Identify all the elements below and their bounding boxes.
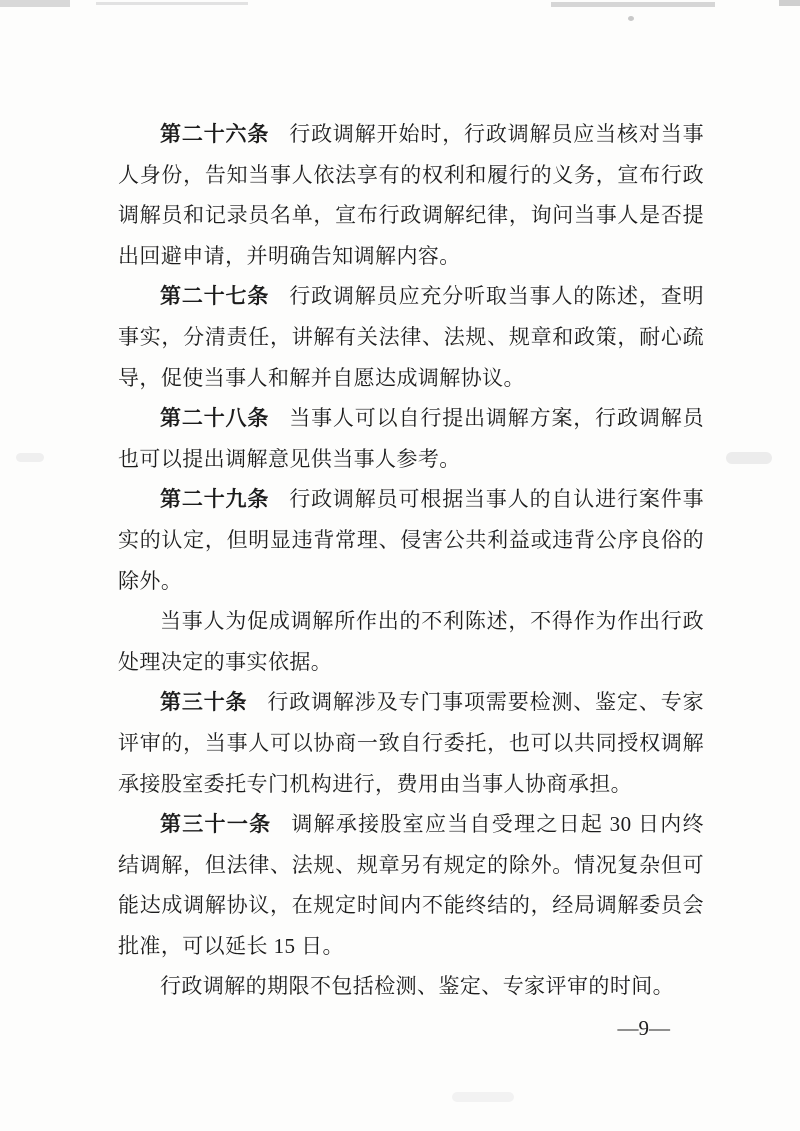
- article-number: 第三十一条: [160, 812, 271, 836]
- page-number: —9—: [618, 1016, 671, 1041]
- scan-artifact: [551, 2, 715, 7]
- article-number: 第三十条: [160, 690, 247, 714]
- paragraph: 第三十一条调解承接股室应当自受理之日起 30 日内终结调解，但法律、法规、规章另…: [118, 804, 704, 966]
- paragraph: 当事人为促成调解所作出的不利陈述，不得作为作出行政处理决定的事实依据。: [118, 601, 704, 682]
- article-number: 第二十八条: [160, 406, 269, 430]
- scan-artifact: [779, 0, 800, 6]
- scan-artifact: [628, 16, 634, 21]
- article-number: 第二十六条: [160, 122, 269, 146]
- scan-artifact: [16, 453, 44, 462]
- paragraph-text: 行政调解的期限不包括检测、鉴定、专家评审的时间。: [160, 974, 674, 998]
- scan-artifact: [0, 0, 70, 7]
- scan-artifact: [452, 1092, 514, 1102]
- scan-artifact: [96, 2, 248, 5]
- paragraph: 第二十八条当事人可以自行提出调解方案，行政调解员也可以提出调解意见供当事人参考。: [118, 398, 704, 479]
- scan-artifact: [726, 452, 772, 464]
- scanned-document-page: 第二十六条行政调解开始时，行政调解员应当核对当事人身份，告知当事人依法享有的权利…: [0, 0, 800, 1131]
- paragraph: 第二十九条行政调解员可根据当事人的自认进行案件事实的认定，但明显违背常理、侵害公…: [118, 479, 704, 601]
- paragraph: 第三十条行政调解涉及专门事项需要检测、鉴定、专家评审的，当事人可以协商一致自行委…: [118, 682, 704, 804]
- document-body: 第二十六条行政调解开始时，行政调解员应当核对当事人身份，告知当事人依法享有的权利…: [118, 114, 704, 1007]
- article-number: 第二十九条: [160, 487, 269, 511]
- article-number: 第二十七条: [160, 284, 269, 308]
- paragraph: 第二十七条行政调解员应充分听取当事人的陈述，查明事实，分清责任，讲解有关法律、法…: [118, 276, 704, 398]
- paragraph: 行政调解的期限不包括检测、鉴定、专家评审的时间。: [118, 966, 704, 1007]
- paragraph-text: 当事人为促成调解所作出的不利陈述，不得作为作出行政处理决定的事实依据。: [118, 609, 704, 674]
- paragraph: 第二十六条行政调解开始时，行政调解员应当核对当事人身份，告知当事人依法享有的权利…: [118, 114, 704, 276]
